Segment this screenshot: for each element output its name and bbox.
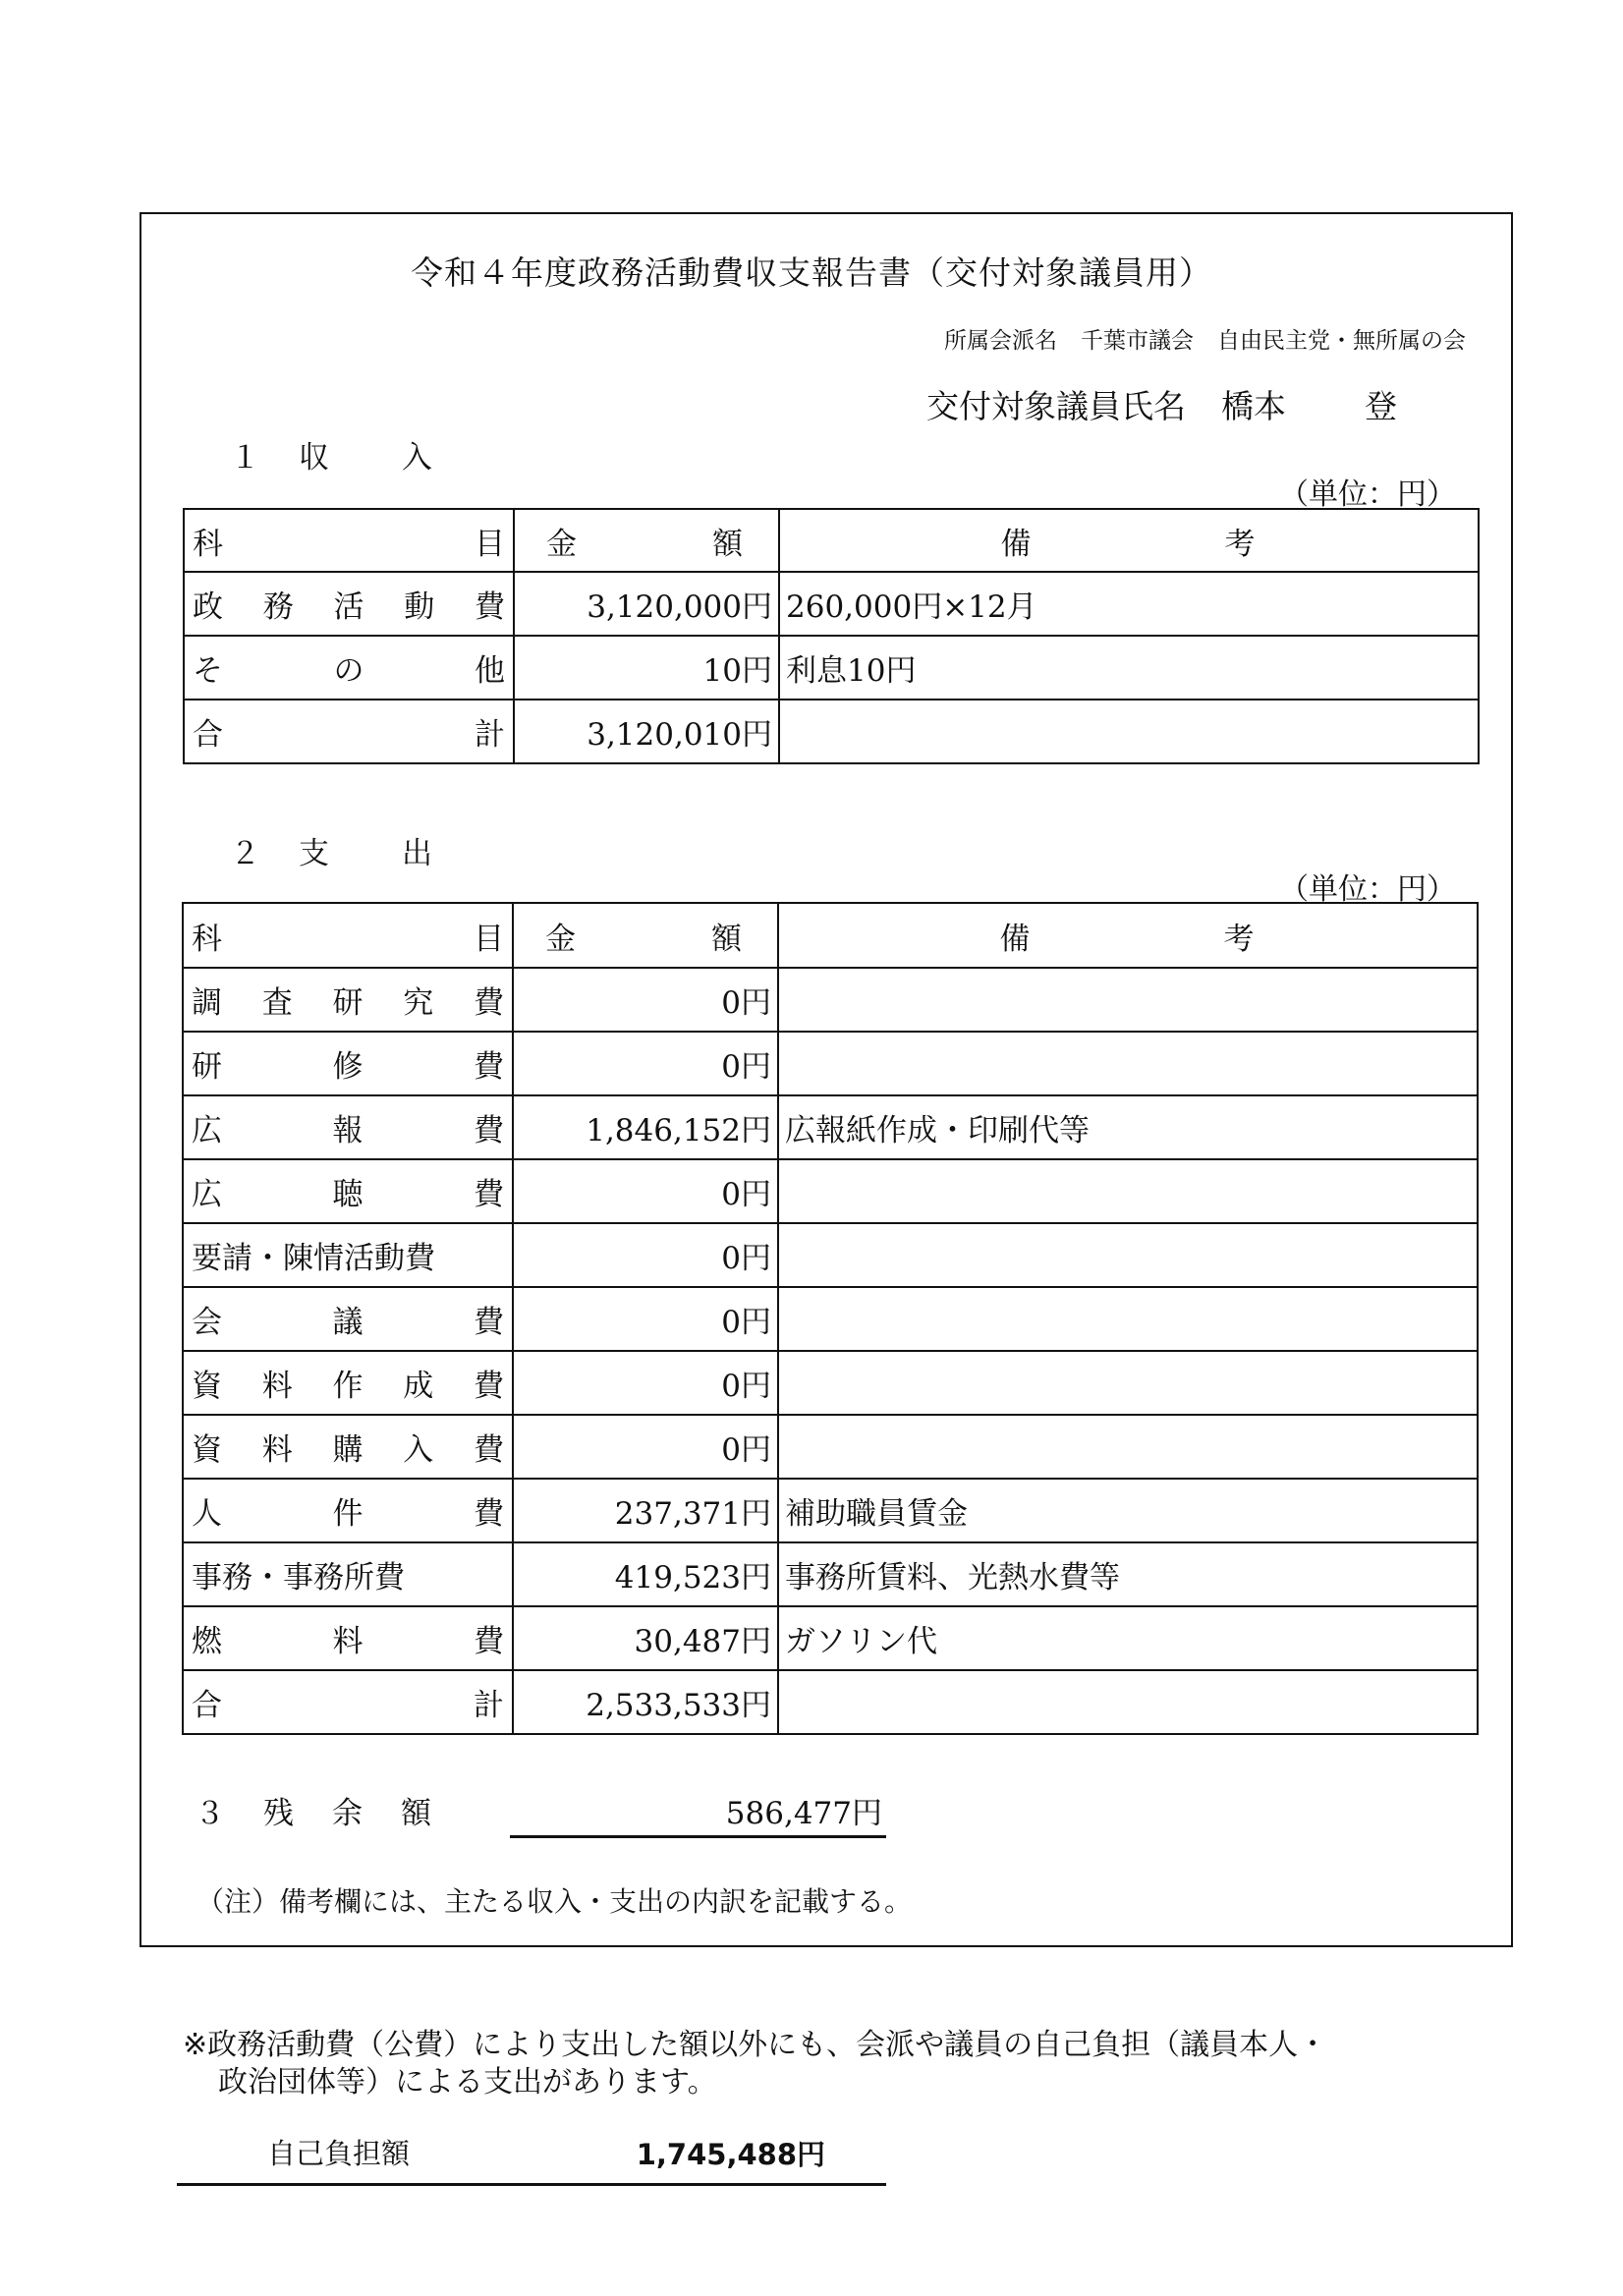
faction-label: 所属会派名 xyxy=(944,328,1057,354)
row-amount: 0円 xyxy=(513,1223,778,1287)
row-remarks xyxy=(778,1670,1478,1734)
table-row: 調査研究費0円 xyxy=(183,968,1478,1032)
expenditure-heading: ２ 支 出 xyxy=(230,828,436,872)
row-remarks: 利息10円 xyxy=(779,636,1479,700)
balance-amount: 586,477円 xyxy=(726,1788,882,1832)
table-row: 燃料費30,487円ガソリン代 xyxy=(183,1606,1478,1670)
balance-underline xyxy=(510,1835,886,1838)
faction-line: 所属会派名千葉市議会自由民主党・無所属の会 xyxy=(944,322,1466,355)
table-row: 政務活動費3,120,000円260,000円×12月 xyxy=(184,572,1479,636)
row-amount: 0円 xyxy=(513,1159,778,1223)
row-item: 広報費 xyxy=(183,1095,513,1159)
row-remarks xyxy=(778,1415,1478,1479)
row-amount: 1,846,152円 xyxy=(513,1095,778,1159)
row-item: 合計 xyxy=(183,1670,513,1734)
income-table: 科目 金額 備考 政務活動費3,120,000円260,000円×12月その他1… xyxy=(183,508,1480,764)
row-remarks xyxy=(778,1223,1478,1287)
row-remarks xyxy=(778,1287,1478,1351)
header-amount: 金額 xyxy=(514,509,779,572)
row-item: 広聴費 xyxy=(183,1159,513,1223)
table-row: 資料作成費0円 xyxy=(183,1351,1478,1415)
row-item: 政務活動費 xyxy=(184,572,514,636)
row-amount: 3,120,000円 xyxy=(514,572,779,636)
row-amount: 3,120,010円 xyxy=(514,700,779,763)
row-amount: 237,371円 xyxy=(513,1479,778,1542)
table-row: 人件費237,371円補助職員賃金 xyxy=(183,1479,1478,1542)
row-item: 調査研究費 xyxy=(183,968,513,1032)
table-header-row: 科目 金額 備考 xyxy=(184,509,1479,572)
table-row: 広報費1,846,152円広報紙作成・印刷代等 xyxy=(183,1095,1478,1159)
row-remarks: 260,000円×12月 xyxy=(779,572,1479,636)
header-amount: 金額 xyxy=(513,903,778,968)
row-item: 人件費 xyxy=(183,1479,513,1542)
table-row: 会議費0円 xyxy=(183,1287,1478,1351)
row-remarks xyxy=(778,1032,1478,1095)
document-title: 令和４年度政務活動費収支報告書（交付対象議員用） xyxy=(0,248,1623,294)
row-item: 合計 xyxy=(184,700,514,763)
table-row: 資料購入費0円 xyxy=(183,1415,1478,1479)
row-remarks: 広報紙作成・印刷代等 xyxy=(778,1095,1478,1159)
self-burden-label: 自己負担額 xyxy=(267,2132,410,2172)
member-line: 交付対象議員氏名橋本登 xyxy=(926,381,1397,427)
row-amount: 0円 xyxy=(513,1351,778,1415)
expenditure-table: 科目 金額 備考 調査研究費0円研修費0円広報費1,846,152円広報紙作成・… xyxy=(182,902,1479,1735)
income-heading: １ 収 入 xyxy=(230,432,436,476)
row-item: その他 xyxy=(184,636,514,700)
row-remarks: ガソリン代 xyxy=(778,1606,1478,1670)
row-amount: 0円 xyxy=(513,1415,778,1479)
table-row: 研修費0円 xyxy=(183,1032,1478,1095)
row-remarks: 事務所賃料、光熱水費等 xyxy=(778,1542,1478,1606)
table-row: 事務・事務所費419,523円事務所賃料、光熱水費等 xyxy=(183,1542,1478,1606)
footer-note-line2: 政治団体等）による支出があります。 xyxy=(218,2057,717,2100)
self-burden-underline xyxy=(177,2183,886,2186)
row-item: 資料作成費 xyxy=(183,1351,513,1415)
header-remarks: 備考 xyxy=(779,509,1479,572)
table-row: 合計3,120,010円 xyxy=(184,700,1479,763)
row-item: 会議費 xyxy=(183,1287,513,1351)
self-burden-amount: 1,745,488円 xyxy=(637,2133,825,2173)
header-remarks: 備考 xyxy=(778,903,1478,968)
row-item: 要請・陳情活動費 xyxy=(183,1223,513,1287)
faction-name: 自由民主党・無所属の会 xyxy=(1217,328,1466,354)
row-amount: 0円 xyxy=(513,1287,778,1351)
balance-label: ３ 残 余 額 xyxy=(195,1788,435,1832)
row-remarks xyxy=(778,1159,1478,1223)
table-header-row: 科目 金額 備考 xyxy=(183,903,1478,968)
row-amount: 10円 xyxy=(514,636,779,700)
row-amount: 2,533,533円 xyxy=(513,1670,778,1734)
income-unit: （単位：円） xyxy=(1279,470,1456,513)
row-remarks: 補助職員賃金 xyxy=(778,1479,1478,1542)
row-remarks xyxy=(779,700,1479,763)
member-surname: 橋本 xyxy=(1221,387,1286,425)
row-amount: 0円 xyxy=(513,1032,778,1095)
row-amount: 30,487円 xyxy=(513,1606,778,1670)
row-item: 事務・事務所費 xyxy=(183,1542,513,1606)
table-row: 要請・陳情活動費0円 xyxy=(183,1223,1478,1287)
table-row: その他10円利息10円 xyxy=(184,636,1479,700)
header-item: 科目 xyxy=(183,903,513,968)
header-item: 科目 xyxy=(184,509,514,572)
member-given-name: 登 xyxy=(1365,387,1397,425)
row-item: 資料購入費 xyxy=(183,1415,513,1479)
table-row: 広聴費0円 xyxy=(183,1159,1478,1223)
row-amount: 419,523円 xyxy=(513,1542,778,1606)
table-row: 合計2,533,533円 xyxy=(183,1670,1478,1734)
row-item: 燃料費 xyxy=(183,1606,513,1670)
row-remarks xyxy=(778,1351,1478,1415)
row-remarks xyxy=(778,968,1478,1032)
council-name: 千葉市議会 xyxy=(1081,328,1194,354)
member-label: 交付対象議員氏名 xyxy=(926,387,1186,425)
row-item: 研修費 xyxy=(183,1032,513,1095)
row-amount: 0円 xyxy=(513,968,778,1032)
remarks-note: （注）備考欄には、主たる収入・支出の内訳を記載する。 xyxy=(196,1880,912,1920)
